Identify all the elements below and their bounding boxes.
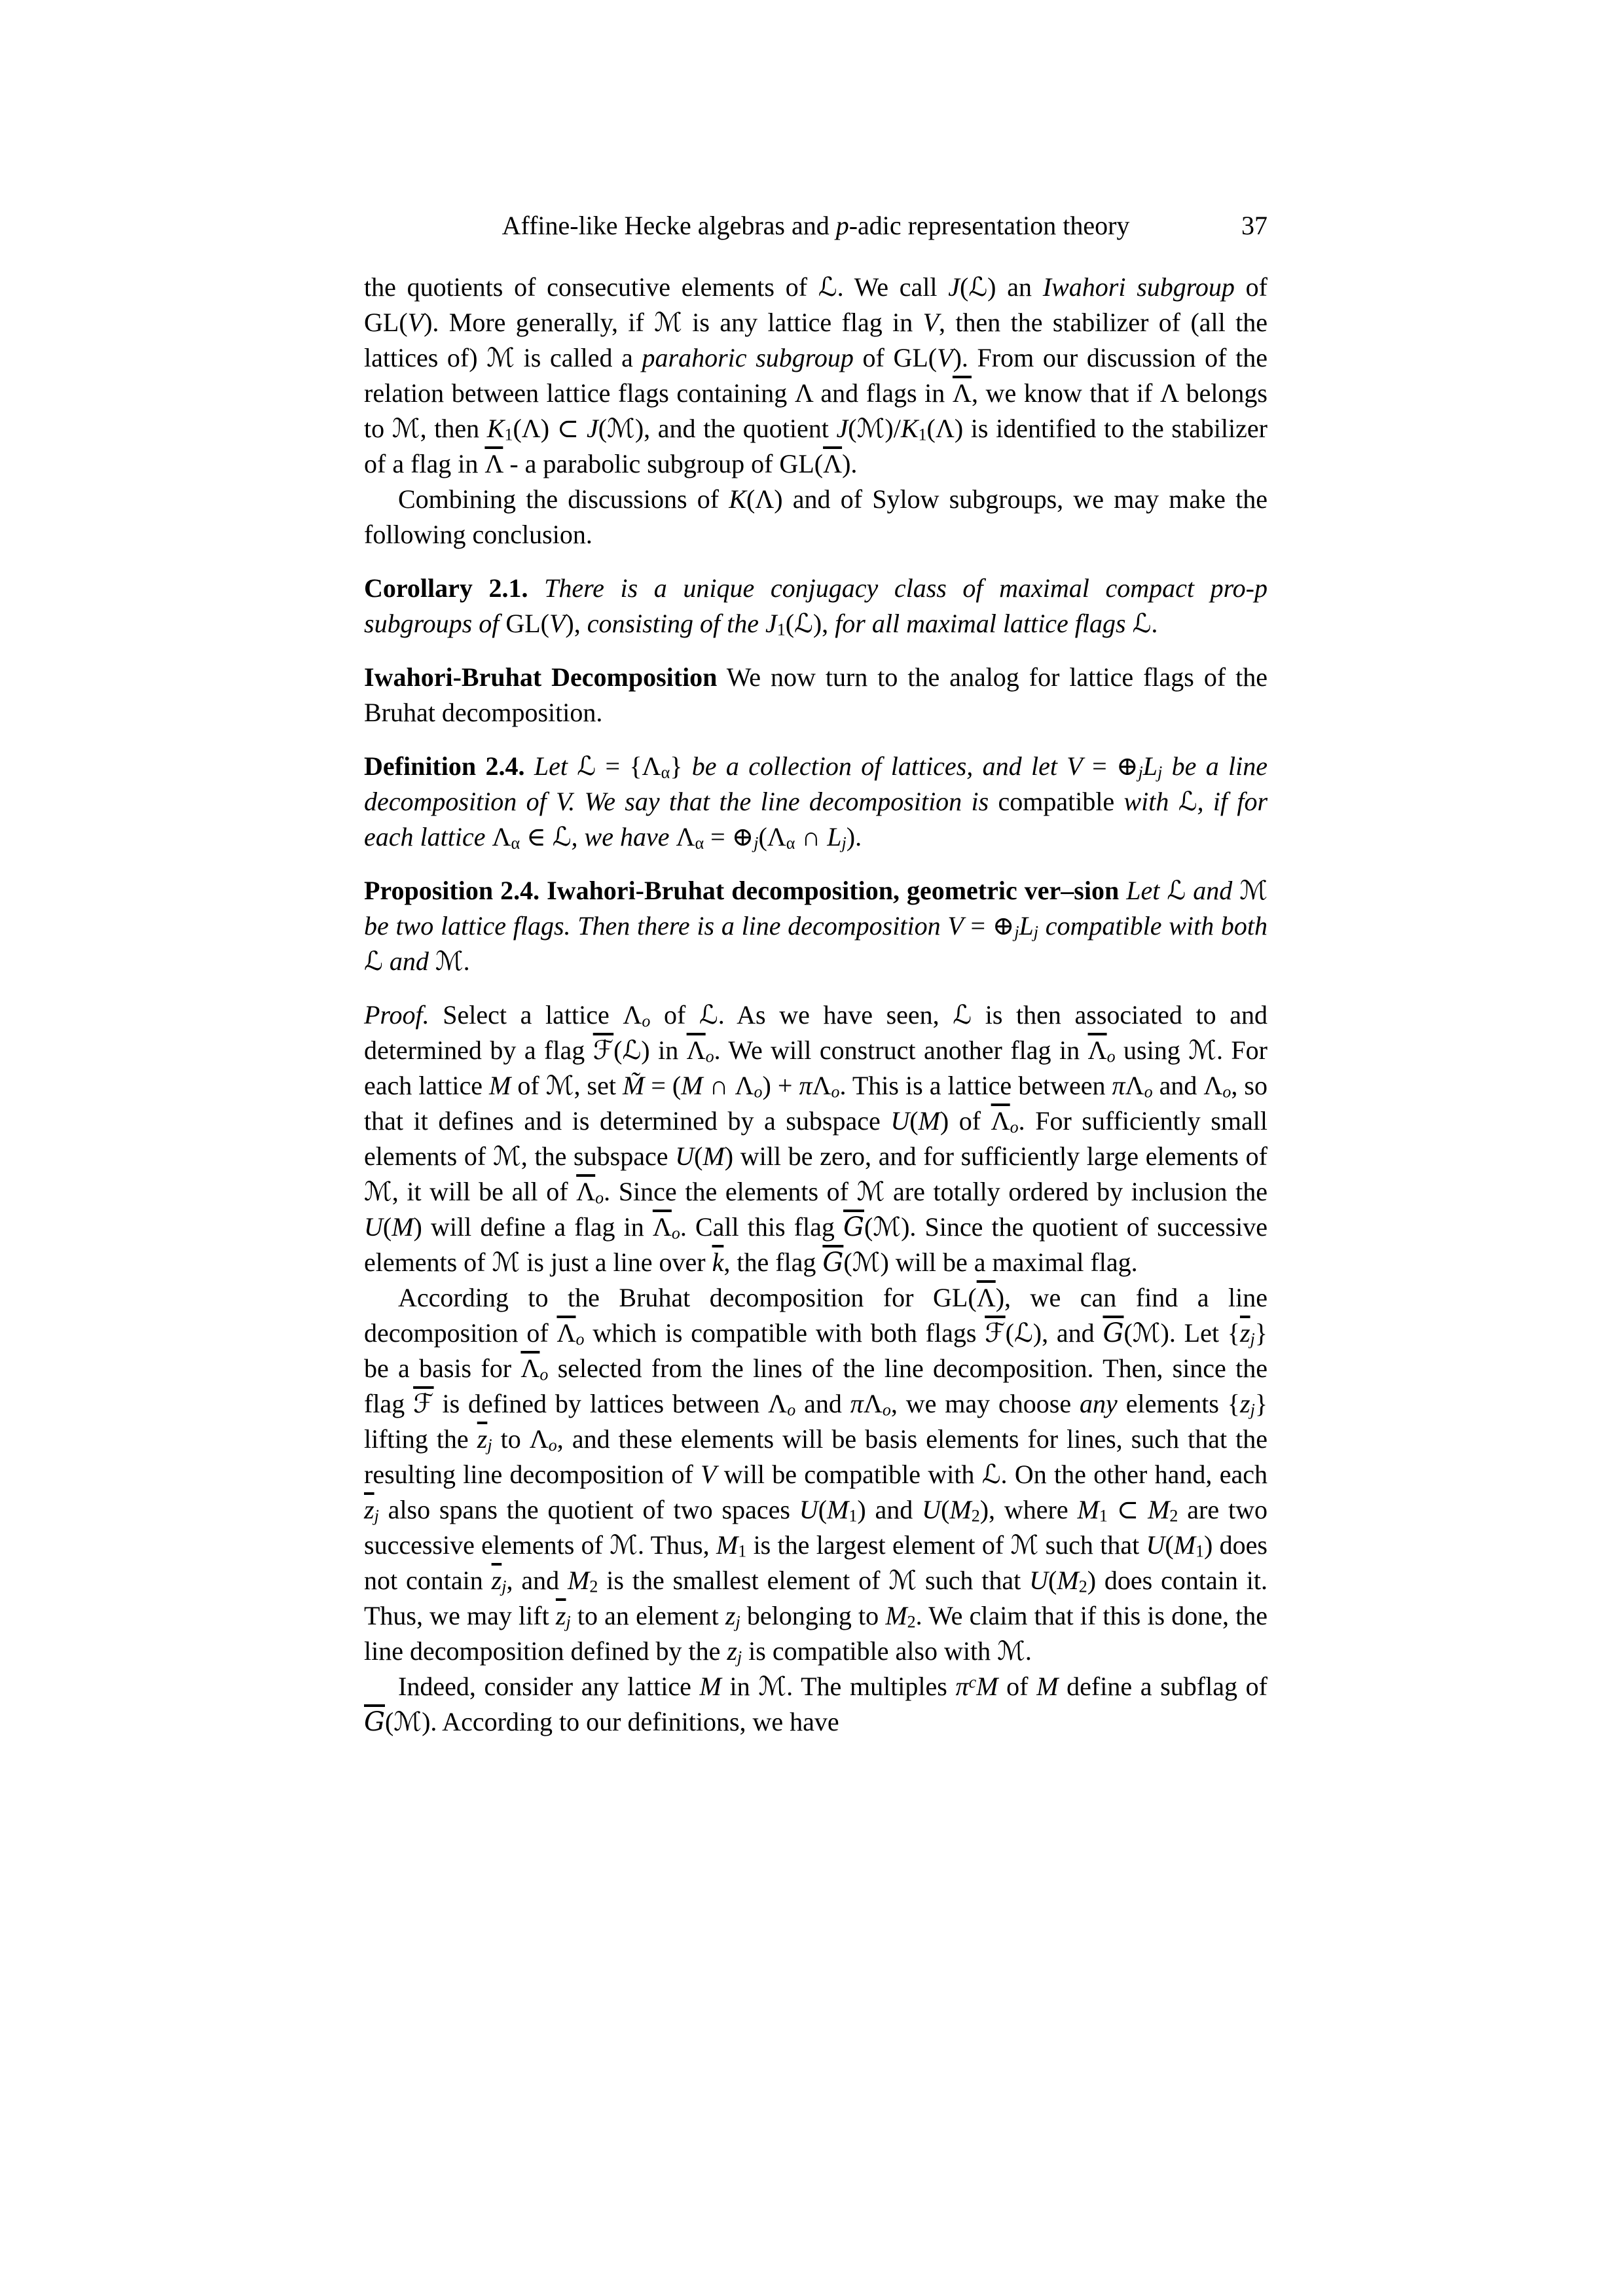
text-run: the quotients of consecutive elements of	[364, 272, 818, 302]
text-run: L	[1019, 911, 1034, 941]
text-run: ℳ	[1133, 1318, 1161, 1348]
text-run: V	[937, 343, 953, 372]
text-run: . Call this flag	[680, 1212, 843, 1242]
text-run: o	[549, 1436, 557, 1455]
text-run: o	[595, 1189, 604, 1208]
text-run: Λ	[977, 1283, 996, 1312]
text-run: are totally ordered by inclusion the	[884, 1177, 1267, 1206]
text-run: j	[1014, 923, 1019, 942]
text-run: Let	[1126, 876, 1167, 905]
text-run: ℒ	[953, 1000, 972, 1030]
text-run: (	[786, 609, 794, 638]
text-run: ) will be zero, and for sufficiently lar…	[725, 1141, 1267, 1171]
text-run: 2	[589, 1577, 598, 1596]
text-run: .	[464, 946, 470, 976]
text-run: ). Let {	[1161, 1318, 1240, 1348]
text-run: (	[613, 1035, 622, 1065]
text-run: ℳ	[364, 1177, 392, 1206]
text-run: is defined by lattices between Λ	[434, 1389, 788, 1418]
text-run: is the smallest element of	[598, 1566, 888, 1595]
text-run: ℳ	[873, 1212, 901, 1242]
text-run: = ⊕	[964, 911, 1015, 941]
text-run: for all maximal lattice flags	[835, 609, 1132, 638]
text-run: V	[947, 911, 963, 941]
text-run: ), and the quotient	[635, 414, 837, 443]
text-run: 1	[919, 425, 927, 444]
text-run: ) +	[763, 1071, 799, 1100]
text-run: Λ	[556, 1318, 575, 1348]
text-run: o	[1107, 1047, 1116, 1066]
text-run: and	[1186, 876, 1239, 905]
text-run: . The multiples	[786, 1672, 955, 1701]
text-run: 2	[972, 1507, 980, 1526]
text-run: (	[1048, 1566, 1057, 1595]
text-run: α	[695, 834, 704, 853]
text-run: M	[1174, 1530, 1195, 1560]
text-run: o	[1144, 1083, 1153, 1102]
text-run: GL(	[505, 609, 549, 638]
text-run: π	[850, 1389, 864, 1418]
text-run: ℳ	[654, 308, 682, 337]
text-run: 1	[504, 425, 513, 444]
text-run: 1	[1195, 1542, 1204, 1561]
text-run: α	[661, 763, 670, 782]
text-run: U	[1029, 1566, 1048, 1595]
text-run: is the largest element of	[746, 1530, 1010, 1560]
text-run: (	[598, 414, 607, 443]
text-run: parahoric subgroup	[642, 343, 854, 372]
text-run: ) will define a flag in	[414, 1212, 653, 1242]
text-run: 1	[848, 1507, 857, 1526]
text-run: (Λ) ⊂	[513, 414, 586, 443]
text-run: .	[1151, 609, 1158, 638]
text-run: ℳ	[492, 1247, 520, 1277]
text-run: ℳ	[392, 414, 420, 443]
text-run: j	[566, 1613, 570, 1632]
text-run: ℒ	[1178, 787, 1197, 816]
text-run: -adic representation theory	[849, 211, 1130, 240]
text-run: j	[374, 1507, 379, 1526]
text-run: belonging to	[740, 1601, 886, 1630]
text-run: , the flag	[723, 1247, 822, 1277]
text-run: = (	[644, 1071, 681, 1100]
text-run: (	[864, 1212, 873, 1242]
text-run: Let	[524, 751, 577, 781]
text-run: ) will be a maximal flag.	[880, 1247, 1137, 1277]
text-run: K	[901, 414, 919, 443]
text-run: p	[836, 211, 849, 240]
text-run: Combining the discussions of	[398, 484, 729, 514]
text-run: ℳ	[546, 1071, 574, 1100]
text-run: and	[383, 946, 435, 976]
text-run: ℳ	[1188, 1035, 1216, 1065]
text-run: ) of	[940, 1106, 991, 1136]
text-run: M	[1036, 1672, 1058, 1701]
text-run: ℳ	[1239, 876, 1267, 905]
text-run: According to the Bruhat decomposition fo…	[398, 1283, 977, 1312]
text-run: . On the other hand, each	[1001, 1460, 1267, 1489]
text-run: Λ	[576, 1177, 595, 1206]
text-run	[1162, 751, 1171, 781]
text-run: ℒ	[553, 822, 572, 852]
text-run	[1038, 911, 1046, 941]
text-run: ℒ	[577, 751, 596, 781]
text-run: o	[831, 1083, 840, 1102]
text-run: M	[1078, 1495, 1099, 1524]
text-run: ℒ	[794, 609, 813, 638]
text-run: M	[1148, 1495, 1169, 1524]
text-run: z	[492, 1566, 502, 1595]
text-run: Λ	[1088, 1035, 1107, 1065]
text-run: Λ	[864, 1389, 883, 1418]
text-run: U	[922, 1495, 941, 1524]
text-run: and Λ	[1153, 1071, 1223, 1100]
text-run: )/	[884, 414, 900, 443]
text-run: M	[919, 1106, 940, 1136]
text-run: compatible with both	[1046, 911, 1267, 941]
text-run: Λ	[1125, 1071, 1144, 1100]
text-run: is any lattice flag in	[682, 308, 923, 337]
text-run: consisting of the	[587, 609, 765, 638]
text-run: (	[818, 1495, 827, 1524]
text-run: (	[960, 272, 968, 302]
corollary-2-1: Corollary 2.1. There is a unique conjuga…	[364, 571, 1267, 641]
text-run: M	[827, 1495, 848, 1524]
text-run: , and	[506, 1566, 568, 1595]
text-run: ℳ	[486, 343, 515, 372]
text-run: J	[837, 414, 848, 443]
text-run: Λ	[520, 1354, 539, 1383]
text-run: (	[848, 414, 856, 443]
text-run: is compatible also with	[742, 1636, 997, 1666]
text-run: ℳ	[610, 1530, 638, 1560]
text-run: M	[700, 1672, 721, 1701]
text-run: 2	[1169, 1507, 1178, 1526]
text-run: ∩	[795, 822, 827, 852]
text-run: o	[883, 1401, 891, 1420]
text-run: which is compatible with both flags	[584, 1318, 985, 1348]
text-run: ⊂	[1108, 1495, 1148, 1524]
text-run: ).	[847, 822, 862, 852]
text-run: ℳ	[393, 1707, 422, 1736]
text-run: any	[1080, 1389, 1118, 1418]
text-run: , the subspace	[521, 1141, 675, 1171]
text-run: M	[885, 1601, 907, 1630]
text-run: z	[1240, 1318, 1250, 1348]
text-run: (	[941, 1495, 949, 1524]
text-run: o	[706, 1047, 714, 1066]
text-run: elements {	[1118, 1389, 1240, 1418]
text-run: Indeed, consider any lattice	[398, 1672, 700, 1701]
text-run: ℱ	[985, 1318, 1005, 1348]
text-run: Select a lattice Λ	[429, 1000, 642, 1030]
text-run: is just a line over	[520, 1247, 712, 1277]
text-run: M	[568, 1566, 589, 1595]
text-run: ℒ	[818, 272, 837, 302]
text-run: k	[712, 1247, 724, 1277]
text-run: . Since the elements of	[604, 1177, 856, 1206]
text-run: using	[1116, 1035, 1189, 1065]
text-run: of	[998, 1672, 1036, 1701]
text-run: = ⊕	[1083, 751, 1139, 781]
text-run: such that	[917, 1566, 1029, 1595]
text-run: - a parabolic subgroup of GL(	[503, 449, 823, 478]
text-run: ℒ	[364, 946, 383, 976]
text-run: j	[1250, 1330, 1255, 1349]
text-run: ) in	[641, 1035, 686, 1065]
text-run: α	[786, 834, 795, 853]
text-run: Λ	[492, 822, 511, 852]
paper-page: Affine-like Hecke algebras and p-adic re…	[0, 0, 1623, 2296]
text-run: ℳ	[435, 946, 464, 976]
text-run: define a subflag of	[1058, 1672, 1267, 1701]
text-run: (	[1165, 1530, 1173, 1560]
text-run: ) an	[987, 272, 1043, 302]
text-run: . This is a lattice between	[840, 1071, 1112, 1100]
text-run: J	[948, 272, 960, 302]
text-run: . We will construct another flag in	[714, 1035, 1088, 1065]
text-run: π	[1112, 1071, 1125, 1100]
text-run: to Λ	[492, 1424, 549, 1454]
text-run: K	[487, 414, 505, 443]
text-run: Λ	[812, 1071, 831, 1100]
text-run: z	[364, 1495, 374, 1524]
text-run: in	[721, 1672, 758, 1701]
text-run: ℳ	[607, 414, 635, 443]
text-run: (	[694, 1141, 702, 1171]
paragraph: Combining the discussions of K(Λ) and of…	[364, 482, 1267, 552]
text-run: M	[1057, 1566, 1078, 1595]
text-run: ). More generally, if	[424, 308, 654, 337]
text-run: j	[1139, 763, 1143, 782]
text-run: Iwahori subgroup	[1043, 272, 1235, 302]
text-run: ℒ	[699, 1000, 718, 1030]
text-run: Λ	[676, 822, 695, 852]
text-run: , we have	[572, 822, 676, 852]
text-run: (	[385, 1707, 393, 1736]
text-run: K	[729, 484, 746, 514]
text-run: G	[1103, 1318, 1123, 1348]
text-run: L	[1143, 751, 1158, 781]
text-run: M	[949, 1495, 971, 1524]
text-run: z	[556, 1601, 566, 1630]
text-run: will be compatible with	[716, 1460, 981, 1489]
header-title: Affine-like Hecke algebras and p-adic re…	[502, 211, 1130, 240]
text-run: G	[843, 1212, 864, 1242]
text-run: ℒ	[1133, 609, 1152, 638]
text-column: Affine-like Hecke algebras and p-adic re…	[364, 208, 1267, 1740]
text-run: ).	[842, 449, 857, 478]
text-run: (	[909, 1106, 918, 1136]
text-run: V	[923, 308, 939, 337]
text-run: also spans the quotient of two spaces	[379, 1495, 799, 1524]
text-run: J	[765, 609, 777, 638]
text-run: z	[727, 1636, 737, 1666]
text-run: ℳ	[493, 1141, 521, 1171]
text-run: , then	[420, 414, 487, 443]
text-run: ), where	[980, 1495, 1078, 1524]
text-run: Λ	[687, 1035, 706, 1065]
text-run: M̃	[623, 1071, 644, 1100]
text-run: (	[1006, 1318, 1014, 1348]
text-run: c	[969, 1672, 977, 1691]
text-run: o	[539, 1365, 548, 1384]
text-run: be two lattice flags. Then there is a li…	[364, 911, 947, 941]
text-run: ℳ	[857, 1177, 885, 1206]
text-run: of GL(	[854, 343, 937, 372]
text-run: π	[799, 1071, 812, 1100]
text-run: V	[701, 1460, 716, 1489]
text-run: ),	[565, 609, 587, 638]
text-run: ℳ	[888, 1566, 917, 1595]
text-run: ℒ	[968, 272, 987, 302]
text-run: ℒ	[982, 1460, 1001, 1489]
text-run: ),	[813, 609, 835, 638]
text-run: . Thus,	[638, 1530, 716, 1560]
text-run: Definition 2.4.	[364, 751, 524, 781]
document-body: the quotients of consecutive elements of…	[364, 270, 1267, 1740]
text-run: o	[575, 1330, 584, 1349]
text-run: o	[754, 1083, 763, 1102]
text-run: j	[842, 834, 847, 853]
text-run: M	[716, 1530, 738, 1560]
text-run: z	[725, 1601, 736, 1630]
text-run: o	[1222, 1083, 1231, 1102]
text-run: Λ	[653, 1212, 672, 1242]
text-run: }	[670, 751, 692, 781]
text-run: V	[1067, 751, 1082, 781]
text-run: ℒ	[1014, 1318, 1033, 1348]
text-run: , it will be all of	[392, 1177, 576, 1206]
text-run: ). According to our definitions, we have	[422, 1707, 839, 1736]
text-run: z	[1240, 1389, 1250, 1418]
text-run: M	[702, 1141, 724, 1171]
text-run: Λ	[823, 449, 842, 478]
text-run: ∈	[520, 822, 553, 852]
text-run: 1	[1099, 1507, 1108, 1526]
text-run: G	[822, 1247, 843, 1278]
text-run: ℱ	[593, 1035, 613, 1065]
paragraph: Indeed, consider any lattice M in ℳ. The…	[364, 1669, 1267, 1740]
text-run: 2	[1079, 1577, 1087, 1596]
text-run: J	[587, 414, 598, 443]
text-run: j	[1034, 923, 1038, 942]
paragraph-continuation: the quotients of consecutive elements of…	[364, 270, 1267, 482]
text-run: α	[511, 834, 520, 853]
text-run: (	[843, 1247, 852, 1277]
text-run: and	[795, 1389, 850, 1418]
text-run: ℳ	[852, 1247, 881, 1277]
definition-2-4: Definition 2.4. Let ℒ = {Λα} be a collec…	[364, 749, 1267, 855]
text-run: Proof.	[364, 1000, 429, 1030]
text-run: ∩ Λ	[703, 1071, 754, 1100]
section-iwahori-bruhat-decomposition: Iwahori-Bruhat Decomposition We now turn…	[364, 660, 1267, 730]
text-run: V	[556, 787, 568, 816]
text-run: (	[1123, 1318, 1132, 1348]
text-run: . We say that the line decomposition is	[568, 787, 998, 816]
text-run: ℳ	[857, 414, 885, 443]
text-run: V	[549, 609, 565, 638]
text-run: 2	[907, 1613, 916, 1632]
text-run: Iwahori-Bruhat Decomposition	[364, 662, 717, 692]
paragraph: According to the Bruhat decomposition fo…	[364, 1280, 1267, 1669]
text-run: ℳ	[758, 1672, 786, 1701]
text-run: o	[787, 1401, 795, 1420]
text-run: ) and	[857, 1495, 922, 1524]
text-run: . We call	[837, 272, 949, 302]
text-run: o	[642, 1012, 650, 1031]
text-run: 1	[777, 620, 786, 639]
text-run: j	[487, 1436, 492, 1455]
text-run: to an element	[571, 1601, 725, 1630]
text-run: of	[650, 1000, 699, 1030]
text-run: V	[408, 308, 424, 337]
text-run: U	[1146, 1530, 1165, 1560]
text-run: ℳ	[997, 1636, 1025, 1666]
text-run: , set	[574, 1071, 623, 1100]
text-run: ℒ	[622, 1035, 641, 1065]
text-run: π	[956, 1672, 969, 1701]
running-header: Affine-like Hecke algebras and p-adic re…	[364, 208, 1267, 243]
text-run: , we may choose	[891, 1389, 1080, 1418]
text-run: L	[827, 822, 841, 852]
text-run: with	[1114, 787, 1178, 816]
text-run: (	[383, 1212, 392, 1242]
text-run: (Λ	[758, 822, 786, 852]
text-run: U	[799, 1495, 818, 1524]
text-run: ℳ	[1010, 1530, 1038, 1560]
text-run: z	[477, 1424, 488, 1454]
proof: Proof. Select a lattice Λo of ℒ. As we h…	[364, 997, 1267, 1280]
text-run: o	[1010, 1118, 1019, 1137]
text-run: = ⊕	[704, 822, 754, 852]
text-run: ℱ	[413, 1389, 433, 1418]
text-run: j	[1250, 1401, 1255, 1420]
text-run: .	[1025, 1636, 1032, 1666]
text-run: Corollary 2.1.	[364, 573, 528, 603]
text-run: U	[890, 1106, 909, 1136]
text-run: 1	[738, 1542, 746, 1561]
text-run: Λ	[484, 449, 503, 478]
proposition-2-4: Proposition 2.4. Iwahori-Bruhat decompos…	[364, 873, 1267, 979]
text-run: G	[364, 1707, 385, 1737]
text-run: Affine-like Hecke algebras and	[502, 211, 836, 240]
text-run: U	[675, 1141, 694, 1171]
text-run: M	[392, 1212, 413, 1242]
text-run: U	[364, 1212, 383, 1242]
text-run: ), and	[1033, 1318, 1103, 1348]
text-run: M	[681, 1071, 702, 1100]
text-run: Λ	[953, 378, 972, 408]
text-run: o	[672, 1224, 680, 1243]
text-run: Proposition 2.4. Iwahori-Bruhat decompos…	[364, 876, 1126, 905]
text-run: is called a	[515, 343, 642, 372]
text-run: of	[511, 1071, 545, 1100]
text-run: M	[489, 1071, 511, 1100]
text-run: Λ	[991, 1106, 1010, 1136]
text-run: M	[976, 1672, 998, 1701]
text-run: compatible	[998, 787, 1114, 816]
text-run: such that	[1038, 1530, 1146, 1560]
text-run: j	[735, 1613, 740, 1632]
text-run: ℒ	[1167, 876, 1186, 905]
text-run: . As we have seen,	[718, 1000, 953, 1030]
text-run: be a collection of lattices, and let	[692, 751, 1067, 781]
text-run: = {Λ	[596, 751, 661, 781]
page-number: 37	[1241, 208, 1267, 243]
